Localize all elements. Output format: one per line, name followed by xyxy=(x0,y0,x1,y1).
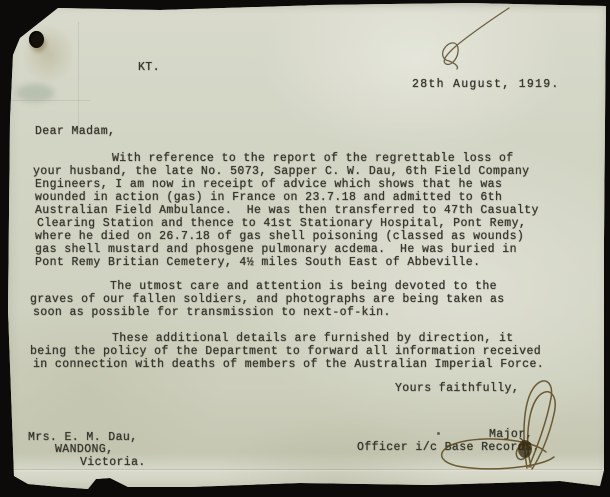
punch-hole xyxy=(29,31,44,48)
signature-rank: Major, xyxy=(489,429,533,441)
closing-valediction: Yours faithfully, xyxy=(395,383,519,395)
body-line: Pont Remy Britian Cemetery, 4½ miles Sou… xyxy=(35,257,480,269)
paper-sheet: KT. 28th August, 1919. Dear Madam, With … xyxy=(0,0,610,497)
signature-title: Officer i/c Base Records. xyxy=(357,442,540,454)
body-line: in connection with deaths of members of … xyxy=(33,359,544,371)
body-line: graves of our fallen soldiers, and photo… xyxy=(30,294,505,306)
ink-speck xyxy=(437,432,440,435)
body-line: soon as possible for transmission to nex… xyxy=(33,307,391,319)
body-line: your husband, the late No. 5073, Sapper … xyxy=(33,166,529,178)
paper-crease xyxy=(78,22,79,132)
body-line: These additional details are furnished b… xyxy=(112,333,514,345)
paper-crease xyxy=(10,469,602,470)
letter-date: 28th August, 1919. xyxy=(412,79,560,91)
body-line: Engineers, I am now in receipt of advice… xyxy=(35,179,502,191)
recipient-state: Victoria. xyxy=(80,457,146,469)
body-line: wounded in action (gas) in France on 23.… xyxy=(35,192,502,204)
salutation: Dear Madam, xyxy=(35,126,115,138)
ink-showthrough-stain xyxy=(16,84,54,102)
body-line: Australian Field Ambulance. He was then … xyxy=(35,205,539,217)
body-line: Clearing Station and thence to 41st Stat… xyxy=(37,218,526,230)
recipient-town: WANDONG, xyxy=(55,444,113,456)
body-line: being the policy of the Department to fo… xyxy=(30,346,541,358)
body-line: gas shell mustard and phosgene pulmonary… xyxy=(35,244,517,256)
body-line: With reference to the report of the regr… xyxy=(112,153,514,165)
body-line: The utmost care and attention is being d… xyxy=(110,281,497,293)
body-line: where he died on 26.7.18 of gas shell po… xyxy=(35,231,524,243)
reference-initials: KT. xyxy=(138,62,160,74)
scanned-letter-page: KT. 28th August, 1919. Dear Madam, With … xyxy=(0,0,610,497)
